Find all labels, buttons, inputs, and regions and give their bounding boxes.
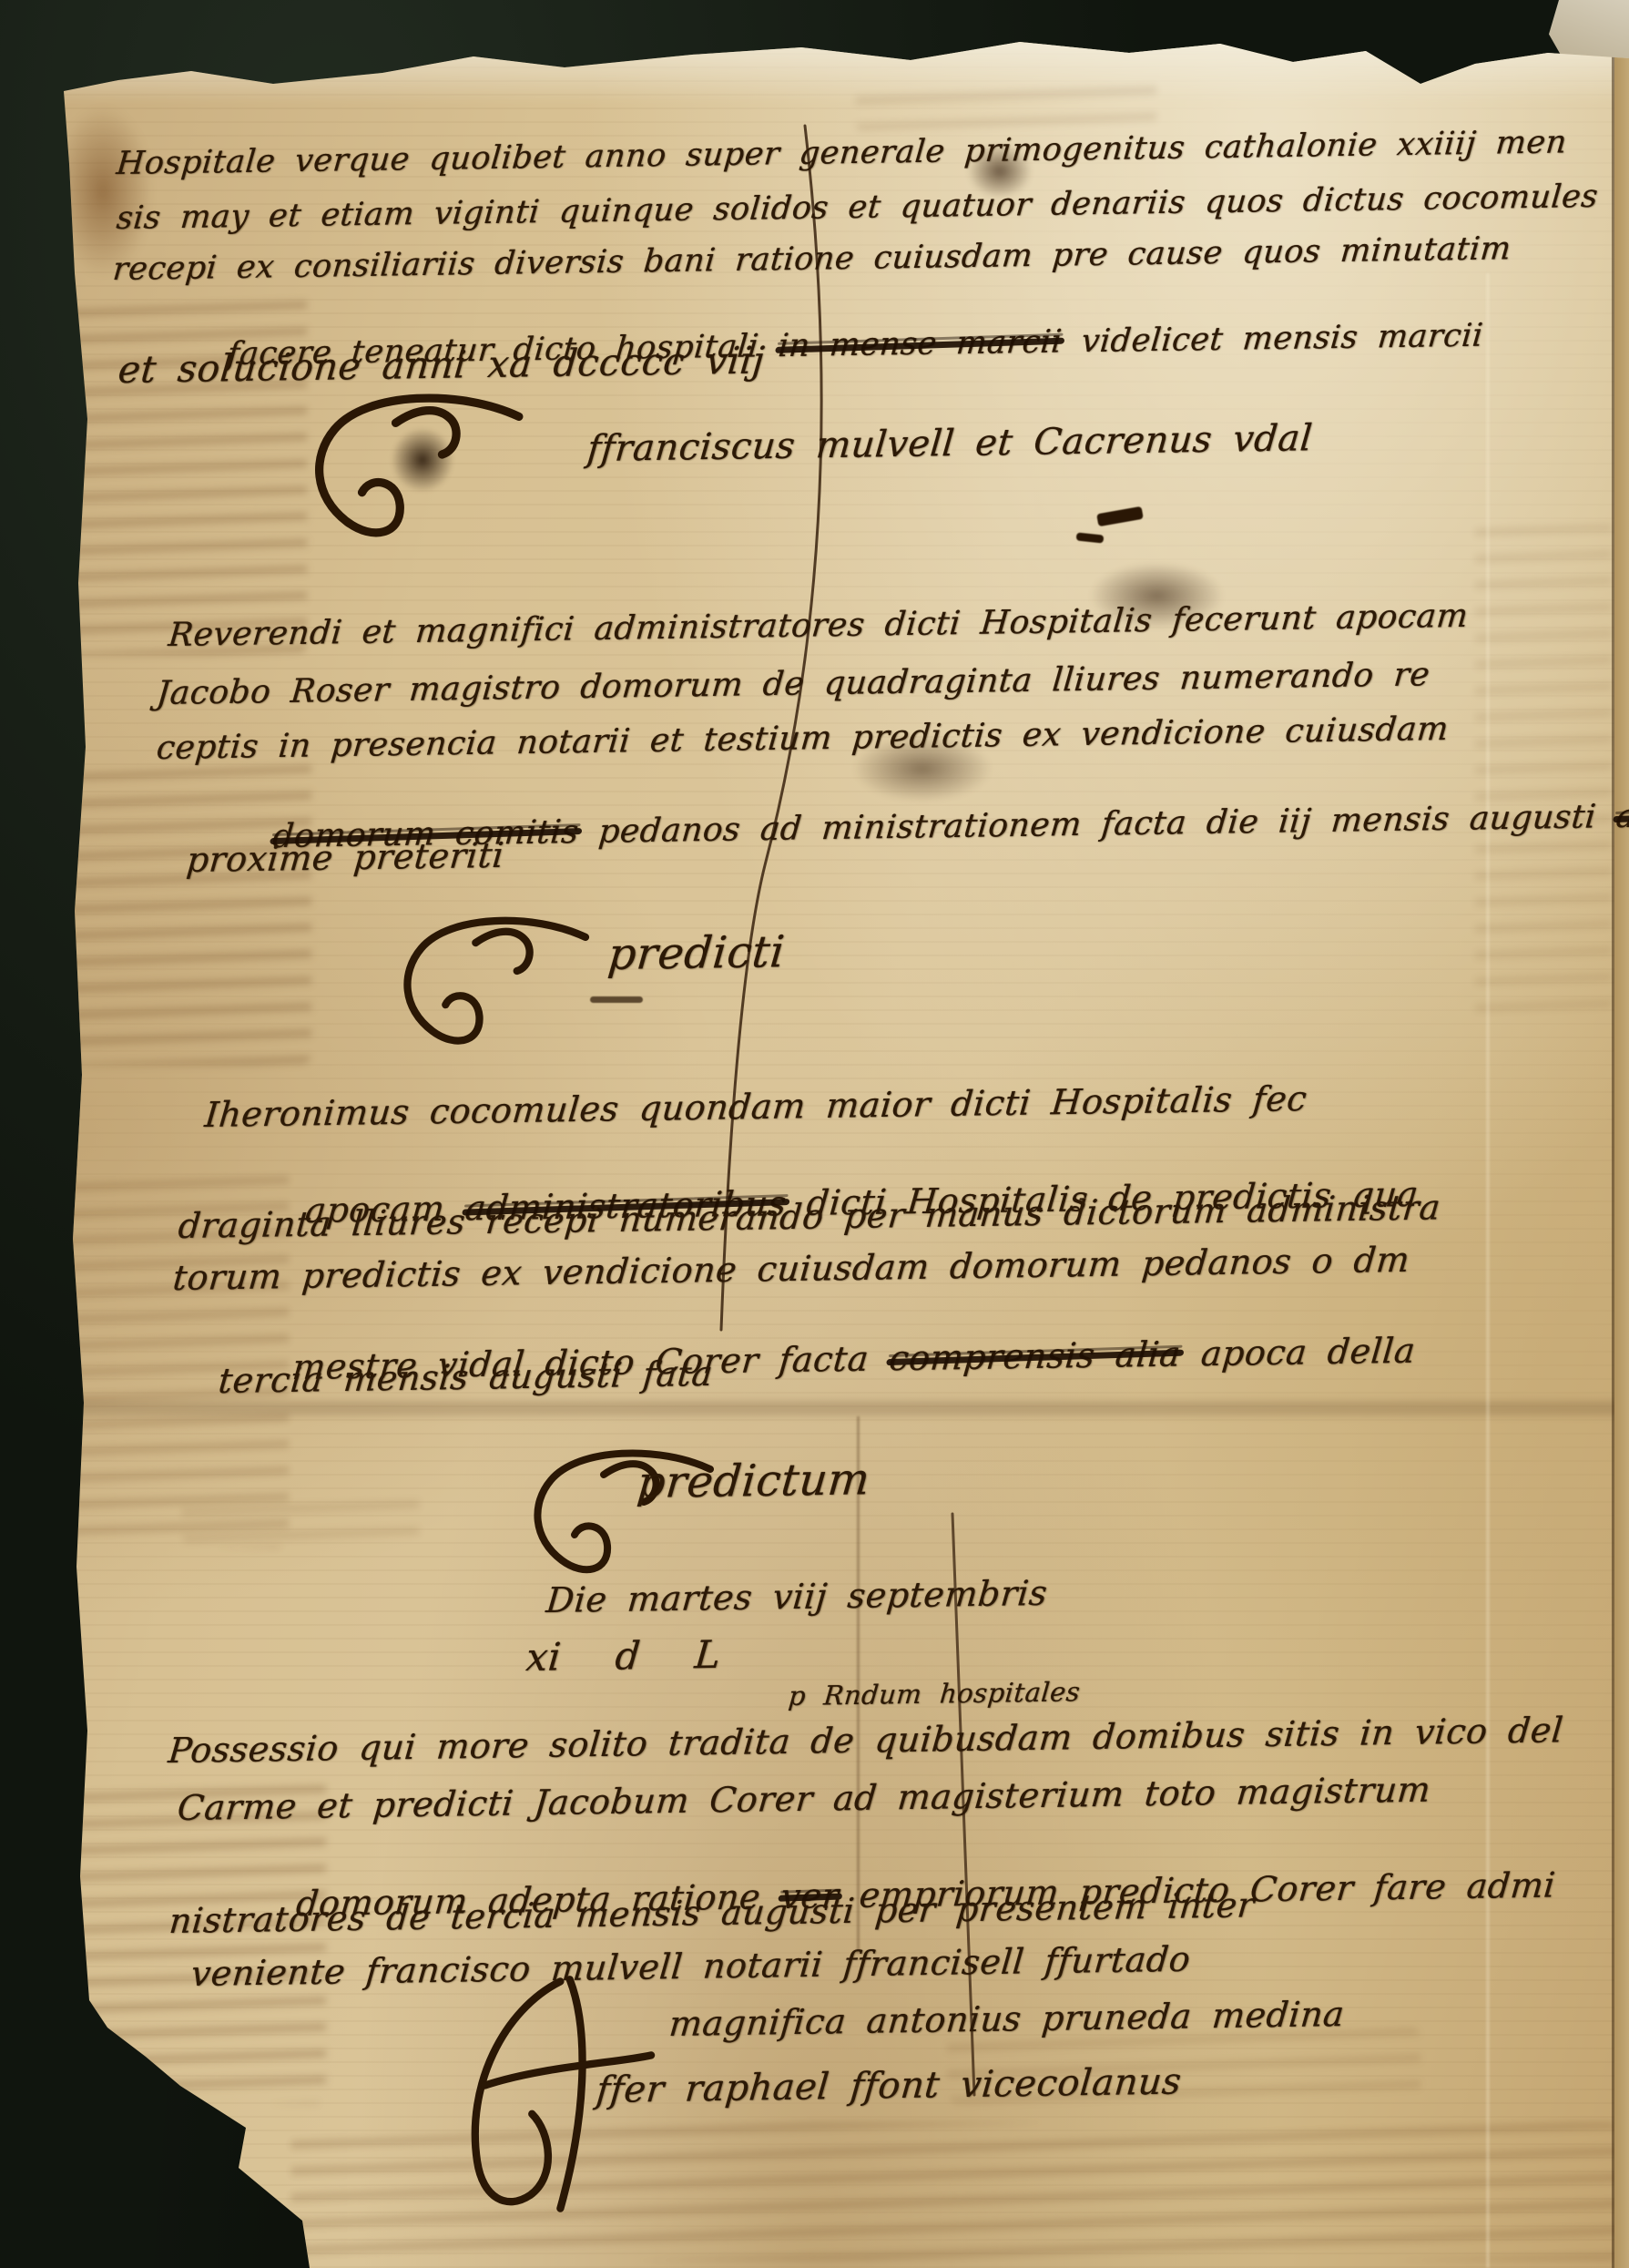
line-segment: videlicet mensis marcii bbox=[1060, 318, 1484, 361]
struck-segment: anno bbox=[1614, 797, 1629, 835]
manuscript-line: Possessio qui more solito tradita de qui… bbox=[167, 1710, 1565, 1771]
scribble-mark bbox=[1076, 532, 1105, 543]
manuscript-line: predicti bbox=[606, 926, 787, 980]
date-line: xi d L bbox=[524, 1632, 723, 1680]
line-segment: apoca della bbox=[1179, 1331, 1418, 1374]
flourish-stroke bbox=[475, 1981, 561, 2202]
manuscript-line: tercia mensis augusti fata bbox=[217, 1354, 715, 1401]
scribble-mark bbox=[1096, 506, 1144, 526]
manuscript-line: predictum bbox=[635, 1454, 871, 1508]
paraph-loop bbox=[407, 921, 585, 1041]
notarial-paraph-icon bbox=[273, 387, 565, 556]
ink-blot bbox=[390, 426, 455, 494]
paraph-loop bbox=[320, 398, 519, 533]
struck-segment: in mense marcii bbox=[777, 323, 1064, 364]
ink-showthrough bbox=[182, 1490, 419, 1547]
manuscript-line: recepi ex consiliariis diversis bani rat… bbox=[111, 230, 1512, 288]
ink-showthrough bbox=[291, 2122, 1621, 2261]
manuscript-line: Reverendi et magnifici administratores d… bbox=[167, 598, 1470, 654]
paraph-tail bbox=[396, 411, 457, 455]
scribble-mark bbox=[590, 996, 643, 1003]
manuscript-line: Jacobo Roser magistro domorum de quadrag… bbox=[155, 656, 1431, 712]
flourish-stroke bbox=[560, 1979, 582, 2208]
subscription-line: magnifica antonius pruneda medina bbox=[667, 1994, 1346, 2044]
manuscript-line: proxime preteriti bbox=[185, 835, 505, 880]
manuscript-line: ceptis in presencia notarii et testium p… bbox=[155, 710, 1450, 767]
photograph-background: Hospitale verque quolibet anno super gen… bbox=[0, 0, 1629, 2268]
manuscript-line: ffranciscus mulvell et Cacrenus vdal bbox=[585, 417, 1314, 470]
crease-line bbox=[1486, 273, 1490, 2268]
manuscript-line: Carme et predicti Jacobum Corer ad magis… bbox=[176, 1770, 1432, 1828]
manuscript-line: Iheronimus cocomules quondam maior dicti… bbox=[203, 1078, 1308, 1135]
notarial-paraph-icon bbox=[387, 911, 606, 1061]
subscription-line: ffer raphael ffont vicecolanus bbox=[595, 2060, 1183, 2111]
manuscript-page: Hospitale verque quolibet anno super gen… bbox=[0, 0, 1629, 2268]
manuscript-line: sis may et etiam viginti quinque solidos… bbox=[115, 179, 1600, 237]
line-segment: pedanos ad ministrationem facta die iij … bbox=[577, 798, 1618, 851]
page-edge-strip bbox=[1612, 44, 1629, 2268]
date-line: Die martes viij septembris bbox=[545, 1573, 1049, 1620]
torn-edge-fringe bbox=[55, 40, 1629, 104]
interlinear-insertion: p Rndum hospitales bbox=[787, 1676, 1081, 1711]
paraph-tail bbox=[475, 932, 529, 971]
struck-segment: comprensis alia bbox=[888, 1333, 1183, 1378]
manuscript-line: Hospitale verque quolibet anno super gen… bbox=[115, 124, 1568, 182]
